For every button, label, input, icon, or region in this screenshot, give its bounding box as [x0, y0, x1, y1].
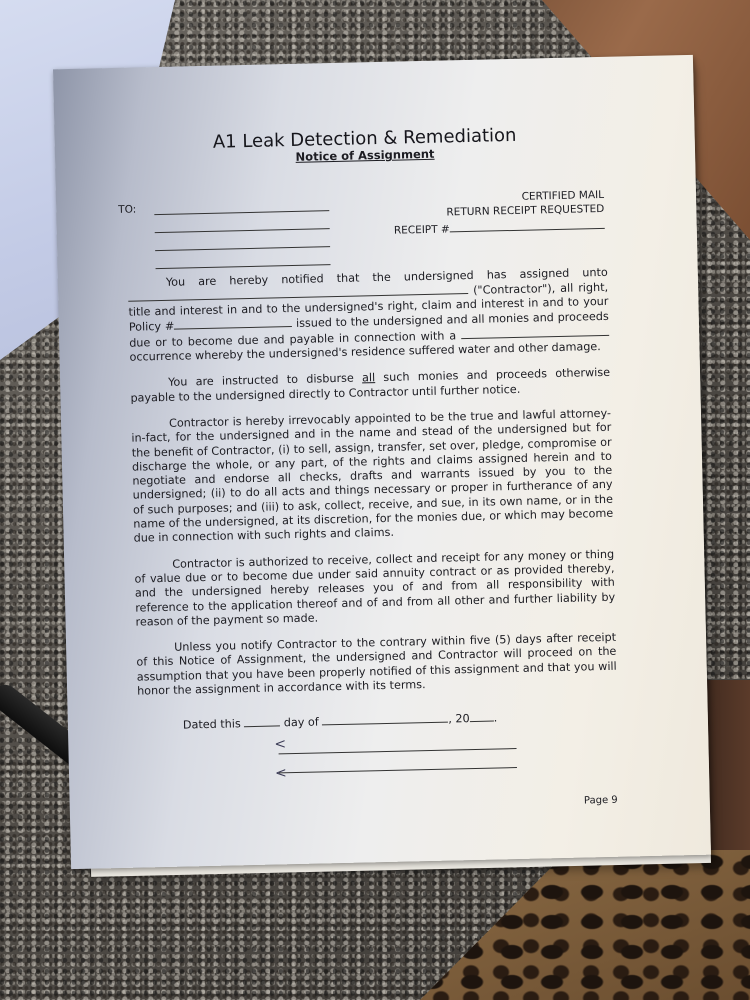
receipt-field: RECEIPT # [394, 217, 605, 237]
occurrence-blank[interactable] [461, 325, 609, 339]
paragraph-notification: Unless you notify Contractor to the cont… [136, 631, 617, 699]
receipt-blank[interactable] [450, 217, 605, 232]
paragraph-assignment: You are hereby notified that the undersi… [128, 265, 610, 365]
to-line-3[interactable] [155, 234, 330, 251]
signature-mark-2: < [275, 766, 287, 781]
date-line: Dated this day of , 20. [138, 708, 618, 734]
month-blank[interactable] [322, 712, 448, 726]
to-line-4[interactable] [155, 252, 330, 269]
paragraph-attorney-in-fact: Contractor is hereby irrevocably appoint… [131, 407, 614, 547]
to-line-2[interactable] [154, 216, 329, 233]
page-number: Page 9 [140, 793, 620, 818]
document-body: A1 Leak Detection & Remediation Notice o… [125, 127, 620, 819]
document-page: A1 Leak Detection & Remediation Notice o… [53, 55, 711, 869]
mail-instructions: CERTIFIED MAIL RETURN RECEIPT REQUESTED [446, 187, 605, 219]
address-block: TO: CERTIFIED MAIL RETURN RECEIPT REQUES… [126, 187, 607, 264]
return-receipt-label: RETURN RECEIPT REQUESTED [446, 201, 604, 219]
receipt-label: RECEIPT # [394, 223, 450, 236]
signature-mark-1: < [274, 737, 286, 752]
paragraph-authorization: Contractor is authorized to receive, col… [134, 547, 615, 629]
paragraph-disburse: You are instructed to disburse all such … [130, 366, 611, 405]
policy-number-blank[interactable] [174, 316, 292, 330]
to-line-1[interactable] [154, 198, 329, 215]
signature-line-2[interactable]: < [279, 751, 517, 773]
to-label: TO: [118, 202, 136, 217]
year-blank[interactable] [469, 711, 493, 723]
day-blank[interactable] [244, 716, 280, 728]
